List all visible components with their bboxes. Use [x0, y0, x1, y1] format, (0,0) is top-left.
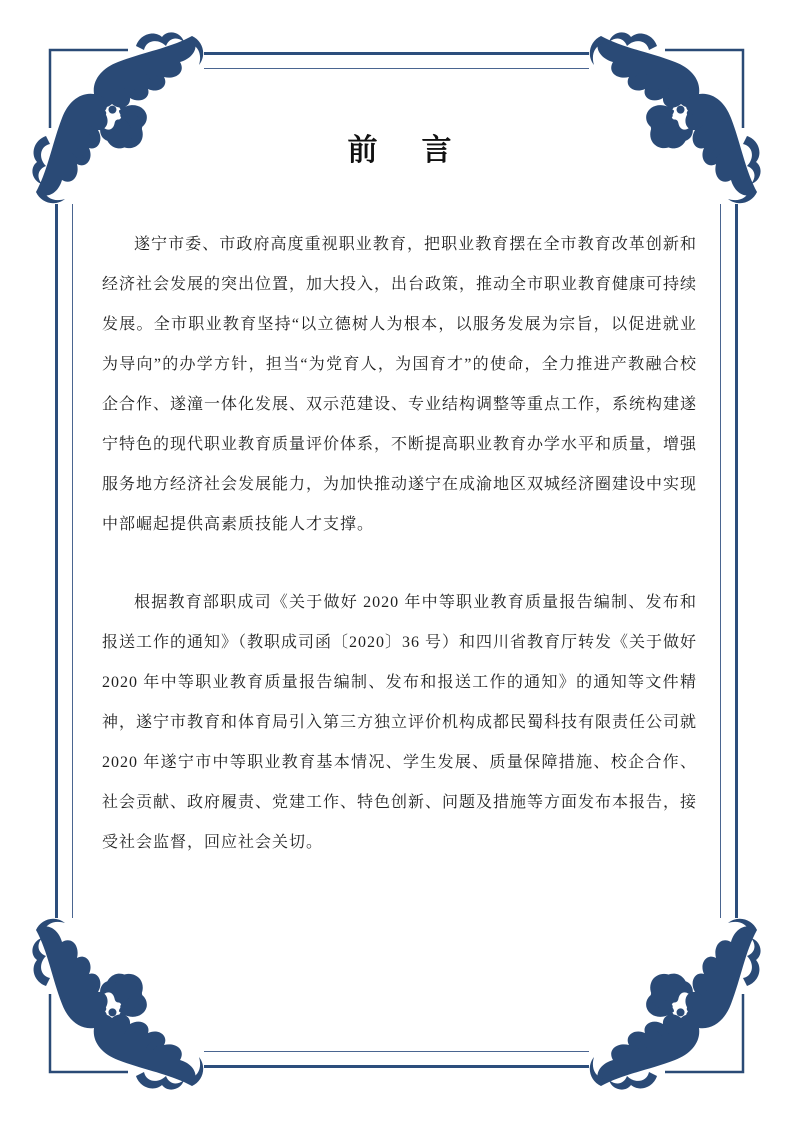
page-content: 前 言 遂宁市委、市政府高度重视职业教育，把职业教育摆在全市教育改革创新和经济社…: [102, 0, 697, 863]
document-page: 前 言 遂宁市委、市政府高度重视职业教育，把职业教育摆在全市教育改革创新和经济社…: [0, 0, 793, 1122]
preface-paragraph-2: 根据教育部职成司《关于做好 2020 年中等职业教育质量报告编制、发布和报送工作…: [102, 583, 697, 863]
page-title: 前 言: [102, 0, 697, 169]
floral-flourish-icon: [589, 918, 765, 1094]
corner-ornament-bottom-right: [589, 918, 765, 1094]
preface-paragraph-1: 遂宁市委、市政府高度重视职业教育，把职业教育摆在全市教育改革创新和经济社会发展的…: [102, 225, 697, 545]
corner-ornament-bottom-left: [28, 918, 204, 1094]
floral-flourish-icon: [28, 918, 204, 1094]
